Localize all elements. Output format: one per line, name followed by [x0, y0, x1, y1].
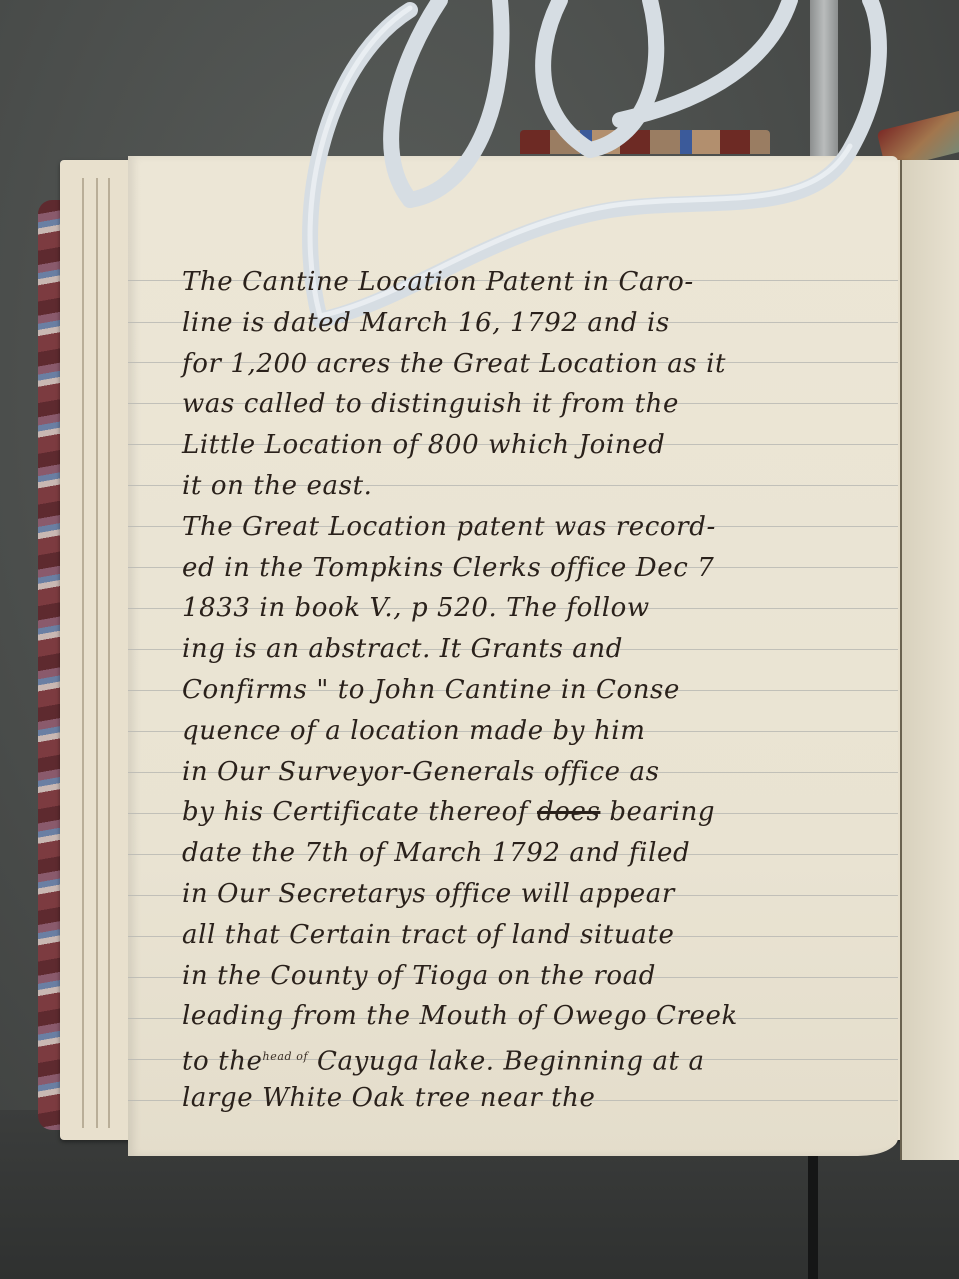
text-line: line is dated March 16, 1792 and is — [182, 303, 892, 344]
text-fragment: bearing — [609, 797, 715, 827]
page-edge — [96, 178, 98, 1128]
text-line: in the County of Tioga on the road — [182, 956, 892, 997]
text-line: The Cantine Location Patent in Caro- — [182, 262, 892, 303]
text-line: ing is an abstract. It Grants and — [182, 629, 892, 670]
text-line: to thehead of Cayuga lake. Beginning at … — [182, 1037, 892, 1078]
inserted-text: head of — [263, 1050, 309, 1063]
text-fragment: by his Certificate thereof — [182, 797, 528, 827]
text-line: large White Oak tree near the — [182, 1078, 892, 1119]
handwritten-text: The Cantine Location Patent in Caro- lin… — [182, 262, 892, 1119]
text-line: Confirms " to John Cantine in Conse — [182, 670, 892, 711]
text-line: all that Certain tract of land situate — [182, 915, 892, 956]
felt-seam — [808, 1150, 818, 1279]
text-line: by his Certificate thereof does bearing — [182, 792, 892, 833]
text-line: The Great Location patent was record- — [182, 507, 892, 548]
text-line: in Our Secretarys office will appear — [182, 874, 892, 915]
text-line: was called to distinguish it from the — [182, 384, 892, 425]
text-line: date the 7th of March 1792 and filed — [182, 833, 892, 874]
text-line: it on the east. — [182, 466, 892, 507]
text-line: for 1,200 acres the Great Location as it — [182, 344, 892, 385]
text-line: in Our Surveyor-Generals office as — [182, 752, 892, 793]
text-line: Little Location of 800 which Joined — [182, 425, 892, 466]
text-line: 1833 in book V., p 520. The follow — [182, 588, 892, 629]
text-fragment: to the — [182, 1047, 263, 1077]
page-edge — [108, 178, 110, 1128]
text-fragment: Cayuga lake. Beginning at a — [317, 1047, 705, 1077]
struck-word: does — [537, 797, 600, 827]
text-line: ed in the Tompkins Clerks office Dec 7 — [182, 548, 892, 589]
text-line: leading from the Mouth of Owego Creek — [182, 996, 892, 1037]
page-edge — [82, 178, 84, 1128]
text-line: quence of a location made by him — [182, 711, 892, 752]
